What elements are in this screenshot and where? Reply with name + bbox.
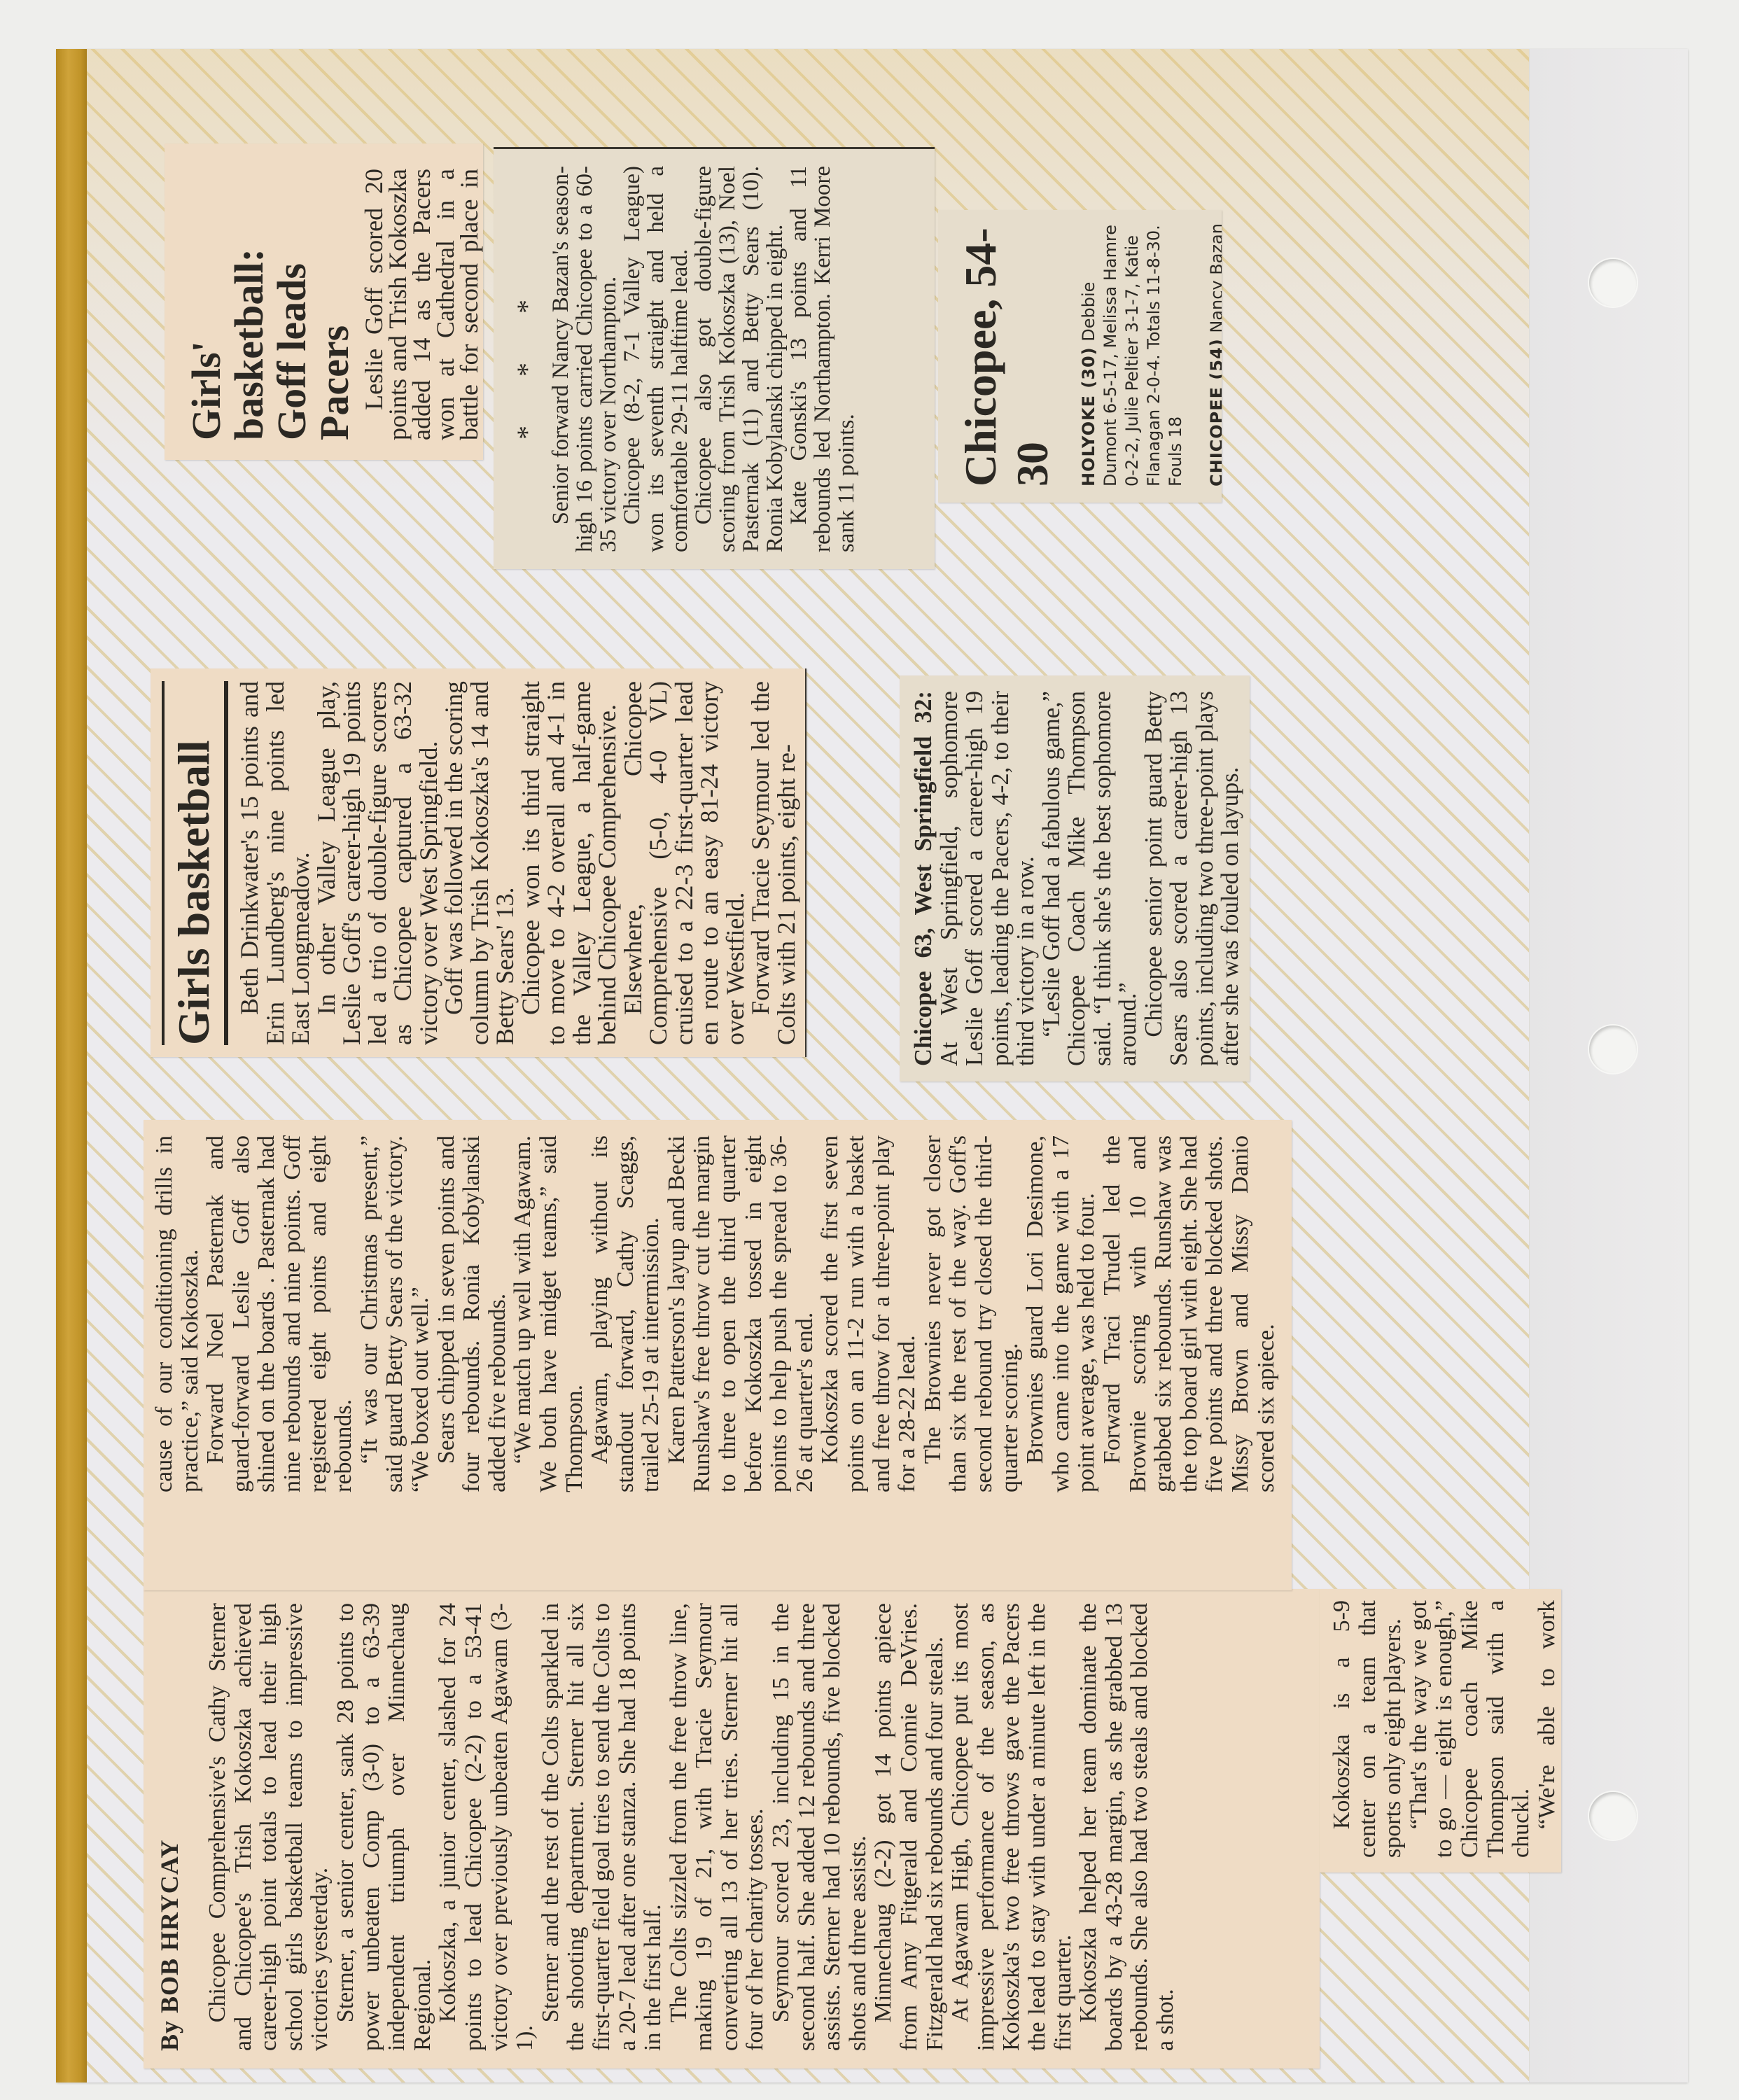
paragraph: Kokoszka, a junior center, slashed for 2… [435, 1603, 538, 2051]
headline-line-2: Goff leads Pacers [271, 169, 356, 440]
paragraph: Kokoszka helped her team dominate the bo… [1076, 1603, 1178, 2051]
paragraph: Leslie Goff scored 20 points and Trish K… [362, 169, 483, 440]
paragraph: Kokoszka is a 5-9 center on a team that … [1329, 1600, 1406, 1858]
paragraph: Sterner and the rest of the Colts sparkl… [538, 1603, 666, 2051]
clipping-girls-basketball: Girls basketball Beth Drinkwater's 15 po… [151, 668, 806, 1057]
punch-hole-bottom [1589, 1792, 1637, 1840]
paragraph: Chicopee 63, West Springfield 32: At Wes… [911, 691, 1039, 1066]
section-separator: * * * [510, 166, 543, 552]
clipping-bazan-northampton: * * * Senior forward Nancy Bazan's seaso… [494, 147, 935, 569]
paragraph: Sears chipped in seven points and four r… [434, 1135, 511, 1492]
game-result-lead: Chicopee 63, West Springfield 32: [910, 691, 937, 1066]
paragraph: Senior forward Nancy Bazan's season-high… [549, 166, 620, 552]
punch-hole-middle [1589, 1025, 1637, 1073]
team-name: HOLYOKE (30) [1079, 346, 1098, 486]
paragraph: Kokoszka scored the first seven points o… [818, 1135, 920, 1492]
gold-binding-strip [56, 49, 87, 2082]
paragraph: Minnechaug (2-2) got 14 points apiece fr… [871, 1603, 948, 2051]
clipping-hrycay-column-1-tail: Kokoszka is a 5-9 center on a team that … [1320, 1589, 1561, 1872]
paragraph: Chicopee senior point guard Betty Sears … [1141, 691, 1243, 1066]
paragraph: Karen Patterson's layup and Becki Runsha… [664, 1135, 818, 1492]
paragraph: Chicopee Comprehensive's Cathy Sterner a… [205, 1603, 333, 2051]
paragraph: Chicopee won its third straight to move … [518, 681, 620, 1045]
paragraph: Forward Tracie Seymour led the Colts wit… [748, 681, 799, 1045]
paragraph: Forward Traci Trudel led the Brownie sco… [1100, 1135, 1279, 1492]
clipping-hrycay-column-1: By BOB HRYCAY Chicopee Comprehensive's C… [144, 1589, 1320, 2068]
box-score-headline: Chicopee, 54-30 [955, 220, 1059, 486]
paragraph-text: At West Springfield, sophomore Leslie Go… [936, 691, 1040, 1066]
paragraph: Goff was followed in the scoring column … [441, 681, 518, 1045]
paragraph: Sterner, a senior center, sank 28 points… [333, 1603, 435, 2051]
paragraph: cause of our conditioning drills in prac… [152, 1135, 203, 1492]
clipping-hrycay-column-2: cause of our conditioning drills in prac… [144, 1120, 1292, 1590]
paragraph: The Brownies never got closer than six t… [921, 1135, 1023, 1492]
headline: Girls basketball [162, 681, 228, 1045]
paragraph: Brownies guard Lori Desimone, who came i… [1023, 1135, 1100, 1492]
headline: Girls' basketball: Goff leads Pacers [186, 169, 356, 440]
paragraph: In other Valley League play, Leslie Goff… [314, 681, 442, 1045]
clipping-west-springfield: Chicopee 63, West Springfield 32: At Wes… [900, 675, 1250, 1081]
clipping-goff-leads-pacers: Girls' basketball: Goff leads Pacers Les… [165, 143, 483, 460]
team-name: CHICOPEE (54) [1207, 338, 1222, 486]
punch-hole-top [1589, 259, 1637, 307]
paragraph: “Leslie Goff had a fabulous game,” Chico… [1039, 691, 1141, 1066]
paragraph: At Agawam High, Chicopee put its most im… [948, 1603, 1076, 2051]
paragraph: Kate Gonski's 13 points and 11 rebounds … [787, 166, 858, 552]
paragraph: “That's the way we got to go — eight is … [1406, 1600, 1535, 1858]
clipping-box-score: Chicopee, 54-30 HOLYOKE (30) Debbie Dumo… [938, 210, 1222, 503]
paragraph: “We're able to work hard be- [1535, 1600, 1561, 1858]
paragraph: The Colts sizzled from the free throw li… [666, 1603, 769, 2051]
paragraph: Beth Drinkwater's 15 points and Erin Lun… [237, 681, 314, 1045]
byline: By BOB HRYCAY [155, 1603, 184, 2051]
paragraph: Seymour scored 23, including 15 in the s… [769, 1603, 871, 2051]
holyoke-box-line: HOLYOKE (30) Debbie Dumont 6-5-17, Melis… [1078, 220, 1187, 486]
paragraph: “We match up well with Agawam. We both h… [510, 1135, 587, 1492]
paragraph: Elsewhere, Chicopee Comprehensive (5-0, … [620, 681, 748, 1045]
paragraph: Agawam, playing without its standout for… [587, 1135, 664, 1492]
paragraph: Forward Noel Pasternak and guard-forward… [203, 1135, 357, 1492]
chicopee-box-line: CHICOPEE (54) Nancy Bazan 6-0-12, Ronia … [1206, 220, 1222, 486]
paragraph: Chicopee (8-2, 7-1 Valley League) won it… [620, 166, 692, 552]
paragraph: “It was our Christmas present,” said gua… [357, 1135, 434, 1492]
paragraph: Chicopee also got double-figure scoring … [692, 166, 787, 552]
headline-line-1: Girls' basketball: [186, 169, 271, 440]
